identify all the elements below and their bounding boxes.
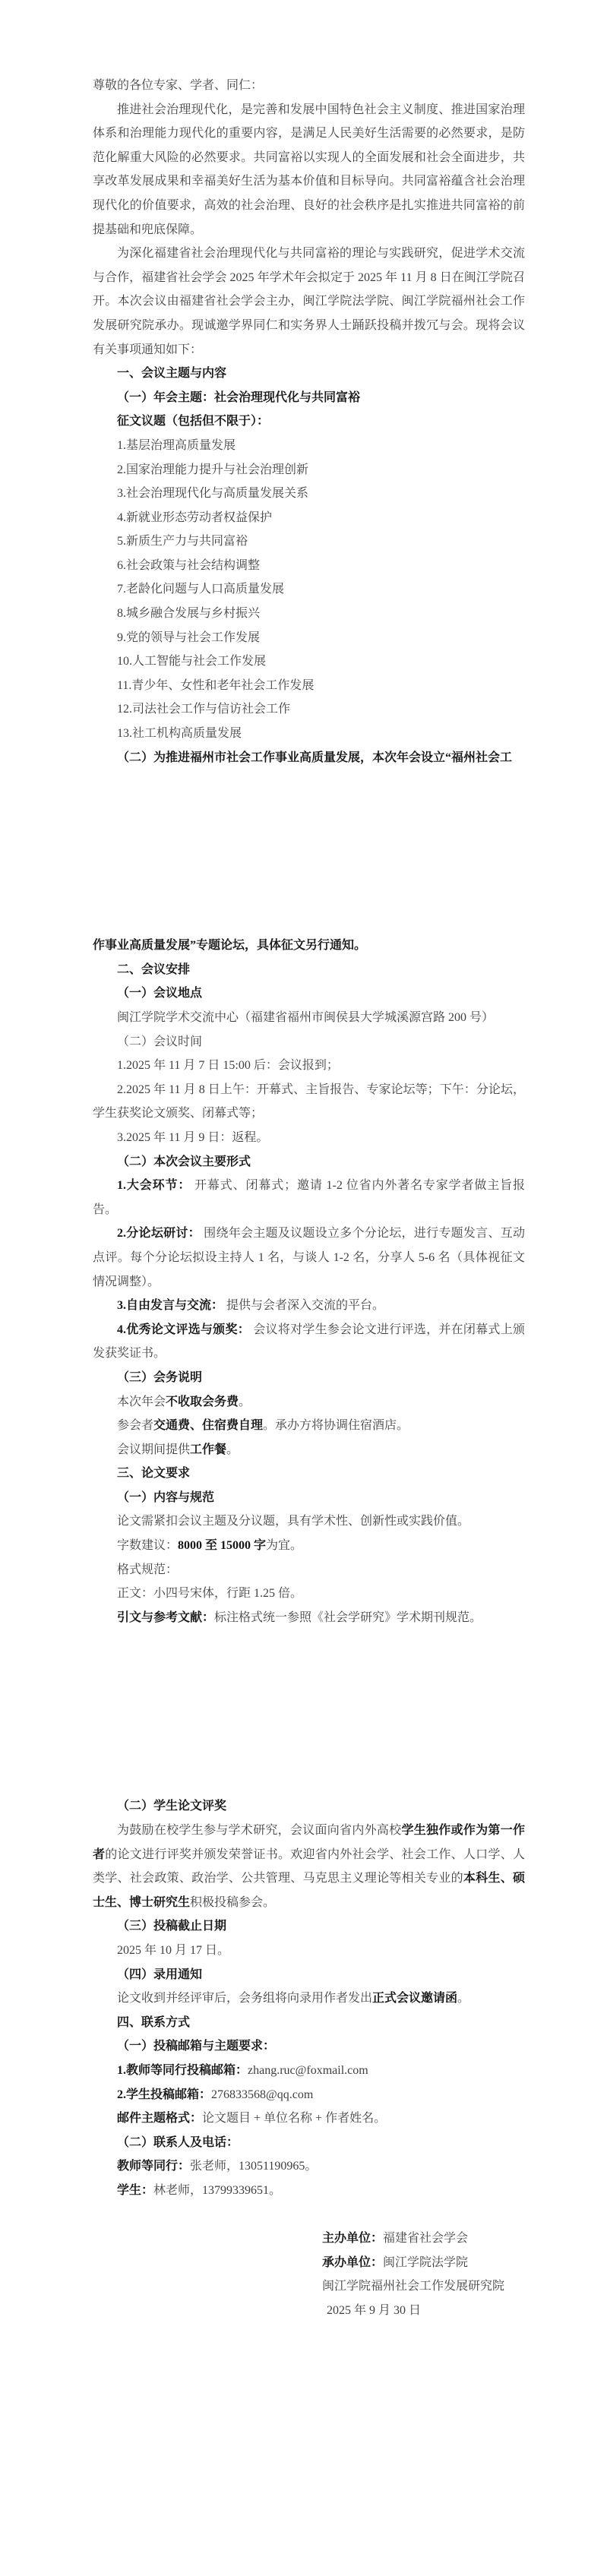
teacher-email-address: zhang.ruc@foxmail.com	[248, 2064, 368, 2077]
note-1-pre: 本次年会	[117, 1395, 166, 1408]
organizer-unit-line: 承办单位：闽江学院法学院	[322, 2251, 525, 2275]
time-item-2: 2.2025 年 11 月 8 日上午：开幕式、主旨报告、专家论坛等；下午：分论…	[93, 1078, 525, 1126]
award-mid: 的论文进行评奖并颁发荣誉证书。欢迎省内外社会学、社会工作、人口学、人类学、社会政…	[93, 1848, 525, 1885]
intro-paragraph-2: 为深化福建省社会治理现代化与共同富裕的理论与实践研究，促进学术交流与合作，福建省…	[93, 242, 525, 362]
student-award-heading: （二）学生论文评奖	[93, 1794, 525, 1819]
intro-paragraph-1: 推进社会治理现代化，是完善和发展中国特色社会主义制度、推进国家治理体系和治理能力…	[93, 98, 525, 242]
student-email-address: 276833568@qq.com	[211, 2088, 313, 2101]
notice-document-page: 尊敬的各位专家、学者、同仁： 推进社会治理现代化，是完善和发展中国特色社会主义制…	[0, 0, 607, 2576]
time-heading: （二）会议时间	[93, 1030, 525, 1054]
topic-item: 12.司法社会工作与信访社会工作	[93, 697, 525, 722]
topic-item: 5.新质生产力与共同富裕	[93, 529, 525, 554]
special-forum-line-2: 作事业高质量发展”专题论坛，具体征文另行通知。	[93, 934, 525, 958]
citation-line: 引文与参考文献：标注格式统一参照《社会学研究》学术期刊规范。	[93, 1606, 525, 1630]
student-email-label: 2.学生投稿邮箱：	[117, 2088, 211, 2101]
section-3-heading: 三、论文要求	[93, 1462, 525, 1486]
paper-requirement-line: 论文需紧扣会议主题及分议题，具有学术性、创新性或实践价值。	[93, 1509, 525, 1534]
topic-item: 3.社会治理现代化与高质量发展关系	[93, 482, 525, 506]
format-heading: （二）本次会议主要形式	[93, 1150, 525, 1174]
format-item-1-label: 1.大会环节：	[117, 1179, 191, 1192]
word-count-post: 为宜。	[266, 1539, 302, 1552]
citation-label: 引文与参考文献：	[117, 1611, 214, 1624]
format-item-2-label: 2.分论坛研讨：	[117, 1227, 201, 1240]
contact-heading: （二）联系人及电话：	[93, 2131, 525, 2155]
format-item-1: 1.大会环节： 开幕式、闭幕式；邀请 1-2 位省内外著名专家学者做主旨报告。	[93, 1174, 525, 1222]
document-date: 2025 年 9 月 30 日	[327, 2299, 525, 2323]
teacher-email-line: 1.教师等同行投稿邮箱：zhang.ruc@foxmail.com	[93, 2059, 525, 2083]
word-count-line: 字数建议：8000 至 15000 字为宜。	[93, 1534, 525, 1558]
teacher-contact-label: 教师等同行：	[117, 2160, 190, 2173]
venue-line: 闽江学院学术交流中心（福建省福州市闽侯县大学城溪源宫路 200 号）	[93, 1006, 525, 1030]
logistics-heading: （三）会务说明	[93, 1366, 525, 1390]
teacher-contact-value: 张老师，13051190965。	[190, 2160, 317, 2173]
organizer-unit-name: 闽江学院法学院	[383, 2256, 468, 2269]
topic-item: 6.社会政策与社会结构调整	[93, 554, 525, 578]
topic-item: 1.基层治理高质量发展	[93, 434, 525, 458]
content-spec-heading: （一）内容与规范	[93, 1486, 525, 1510]
host-unit-line: 主办单位：福建省社会学会	[322, 2227, 525, 2251]
deadline-date: 2025 年 10 月 17 日。	[93, 1939, 525, 1963]
note-3-post: 。	[226, 1443, 239, 1456]
page-break-gap-1	[93, 770, 525, 934]
student-contact-value: 林老师，13799339651。	[153, 2184, 281, 2197]
salutation: 尊敬的各位专家、学者、同仁：	[93, 74, 525, 98]
time-item-1: 1.2025 年 11 月 7 日 15:00 后：会议报到；	[93, 1054, 525, 1078]
topic-item: 8.城乡融合发展与乡村振兴	[93, 602, 525, 626]
format-item-4-label: 4.优秀论文评选与颁奖：	[117, 1323, 250, 1336]
note-2-post: 。承办方将协调住宿酒店。	[263, 1419, 409, 1432]
note-2-pre: 参会者	[117, 1419, 153, 1432]
acceptance-heading: （四）录用通知	[93, 1963, 525, 1987]
format-item-2: 2.分论坛研讨： 围绕年会主题及议题设立多个分论坛，进行专题发言、互动点评。每个…	[93, 1222, 525, 1294]
student-email-line: 2.学生投稿邮箱：276833568@qq.com	[93, 2083, 525, 2107]
award-post: 积极投稿参会。	[190, 1896, 275, 1909]
note-1-bold: 不收取会务费	[166, 1395, 239, 1408]
topic-item: 11.青少年、女性和老年社会工作发展	[93, 674, 525, 698]
annual-theme-line: （一）年会主题：社会治理现代化与共同富裕	[93, 386, 525, 410]
citation-text: 标注格式统一参照《社会学研究》学术期刊规范。	[214, 1611, 482, 1624]
topic-item: 4.新就业形态劳动者权益保护	[93, 506, 525, 530]
subject-format-value: 论文题目 + 单位名称 + 作者姓名。	[202, 2112, 386, 2125]
teacher-contact-line: 教师等同行：张老师，13051190965。	[93, 2154, 525, 2179]
subject-format-line: 邮件主题格式：论文题目 + 单位名称 + 作者姓名。	[93, 2107, 525, 2131]
format-item-3-text: 提供与会者深入交流的平台。	[223, 1299, 384, 1312]
host-unit-label: 主办单位：	[322, 2232, 383, 2245]
acceptance-post: 。	[457, 1992, 469, 2005]
topic-item: 13.社工机构高质量发展	[93, 722, 525, 746]
organizer-unit-line-2: 闽江学院福州社会工作发展研究院	[322, 2274, 525, 2299]
award-pre: 为鼓励在校学生参与学术研究，会议面向省内外高校	[117, 1824, 401, 1837]
acceptance-line: 论文收到并经评审后，会务组将向录用作者发出正式会议邀请函。	[93, 1987, 525, 2011]
note-1-post: 。	[239, 1395, 251, 1408]
organizer-unit-label: 承办单位：	[322, 2256, 383, 2269]
signature-block: 主办单位：福建省社会学会 承办单位：闽江学院法学院 闽江学院福州社会工作发展研究…	[322, 2227, 525, 2322]
venue-heading: （一）会议地点	[93, 981, 525, 1006]
time-item-3: 3.2025 年 11 月 9 日：返程。	[93, 1126, 525, 1150]
section-1-heading: 一、会议主题与内容	[93, 362, 525, 386]
logistics-note-2: 参会者交通费、住宿费自理。承办方将协调住宿酒店。	[93, 1414, 525, 1438]
section-4-heading: 四、联系方式	[93, 2011, 525, 2035]
document-content: 尊敬的各位专家、学者、同仁： 推进社会治理现代化，是完善和发展中国特色社会主义制…	[0, 0, 607, 2323]
logistics-note-3: 会议期间提供工作餐。	[93, 1438, 525, 1462]
email-heading: （一）投稿邮箱与主题要求：	[93, 2034, 525, 2059]
student-contact-line: 学生：林老师，13799339651。	[93, 2179, 525, 2203]
teacher-email-label: 1.教师等同行投稿邮箱：	[117, 2064, 248, 2077]
topic-item: 9.党的领导与社会工作发展	[93, 626, 525, 650]
note-2-bold: 交通费、住宿费自理	[153, 1419, 263, 1432]
topics-label: 征文议题（包括但不限于）：	[93, 409, 525, 434]
subject-format-label: 邮件主题格式：	[117, 2112, 202, 2125]
student-contact-label: 学生：	[117, 2184, 153, 2197]
word-count-label: 字数建议：	[117, 1539, 178, 1552]
host-unit-name: 福建省社会学会	[383, 2232, 468, 2245]
section-2-heading: 二、会议安排	[93, 958, 525, 982]
note-3-bold: 工作餐	[190, 1443, 226, 1456]
word-count-value: 8000 至 15000 字	[178, 1539, 266, 1552]
acceptance-bold: 正式会议邀请函	[372, 1992, 457, 2005]
body-format-line: 正文：小四号宋体，行距 1.25 倍。	[93, 1582, 525, 1606]
deadline-heading: （三）投稿截止日期	[93, 1914, 525, 1939]
logistics-note-1: 本次年会不收取会务费。	[93, 1390, 525, 1414]
page-break-gap-2	[93, 1629, 525, 1794]
topic-item: 7.老龄化问题与人口高质量发展	[93, 577, 525, 602]
format-item-3-label: 3.自由发言与交流：	[117, 1299, 223, 1312]
special-forum-line-1: （二）为推进福州市社会工作事业高质量发展，本次年会设立“福州社会工	[93, 746, 525, 770]
format-item-4: 4.优秀论文评选与颁奖： 会议将对学生参会论文进行评选，并在闭幕式上颁发获奖证书…	[93, 1318, 525, 1366]
note-3-pre: 会议期间提供	[117, 1443, 190, 1456]
student-award-paragraph: 为鼓励在校学生参与学术研究，会议面向省内外高校学生独作或作为第一作者的论文进行评…	[93, 1819, 525, 1914]
format-item-3: 3.自由发言与交流： 提供与会者深入交流的平台。	[93, 1294, 525, 1318]
topic-item: 2.国家治理能力提升与社会治理创新	[93, 458, 525, 482]
topic-item: 10.人工智能与社会工作发展	[93, 650, 525, 674]
format-spec-label: 格式规范：	[93, 1558, 525, 1582]
acceptance-pre: 论文收到并经评审后，会务组将向录用作者发出	[117, 1992, 372, 2005]
